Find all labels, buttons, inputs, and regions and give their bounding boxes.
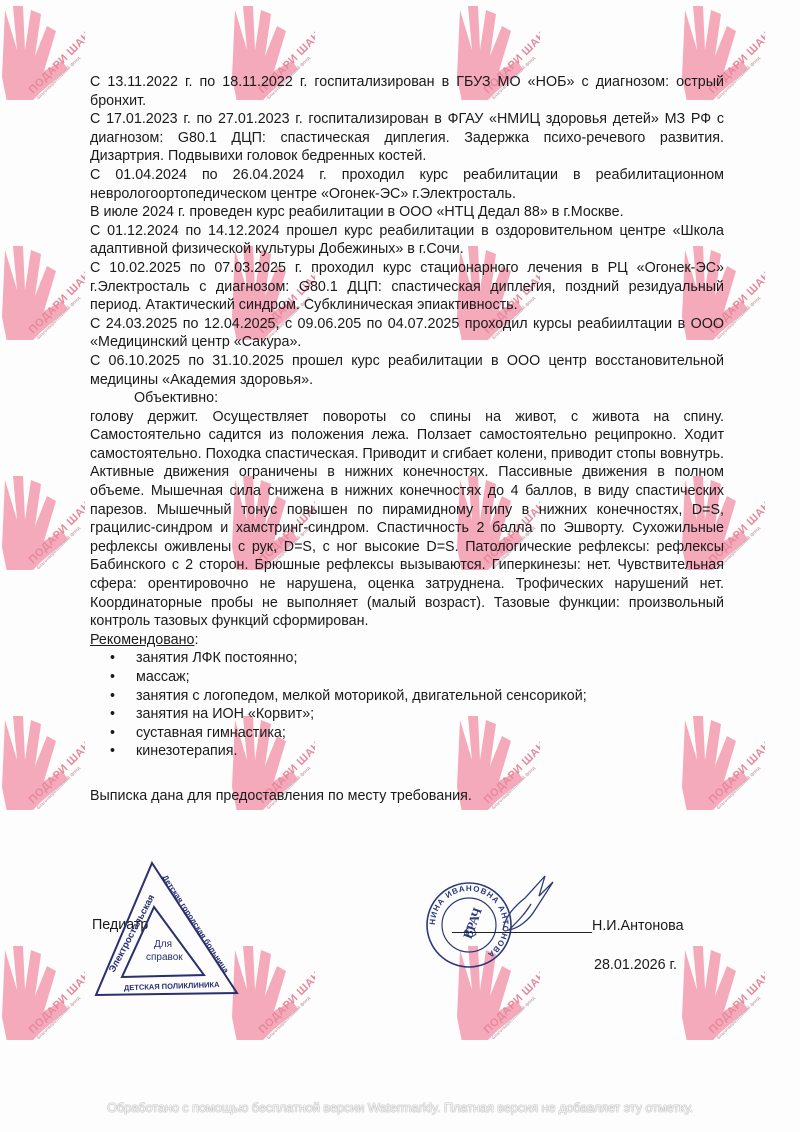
- recommendation-item: занятия с логопедом, мелкой моторикой, д…: [136, 687, 724, 706]
- history-entry: В июле 2024 г. проведен курс реабилитаци…: [90, 203, 724, 222]
- signature-line: [452, 932, 592, 933]
- recommendations-title: Рекомендовано: [90, 632, 194, 648]
- recommendations-colon: :: [194, 632, 198, 648]
- svg-text:благотворительный фонд: благотворительный фонд: [35, 524, 81, 570]
- history-entry: С 01.12.2024 по 14.12.2024 прошел курс р…: [90, 222, 724, 259]
- recommendations-heading: Рекомендовано:: [90, 631, 724, 650]
- watermarkly-notice: Обработано с помощью бесплатной версии W…: [0, 1100, 800, 1115]
- signature-scribble: [495, 868, 565, 938]
- svg-text:ПОДАРИ ШАНС: ПОДАРИ ШАНС: [27, 733, 85, 806]
- history-entry: С 10.02.2025 по 07.03.2025 г. проходил к…: [90, 259, 724, 315]
- objective-text: голову держит. Осуществляет повороты со …: [90, 408, 724, 631]
- svg-text:благотворительный фонд: благотворительный фонд: [35, 54, 81, 100]
- document-date: 28.01.2026 г.: [594, 957, 677, 973]
- svg-text:ПОДАРИ ШАНС: ПОДАРИ ШАНС: [27, 963, 85, 1036]
- doctor-name: Н.И.Антонова: [592, 918, 684, 934]
- recommendation-item: суставная гимнастика;: [136, 724, 724, 743]
- document-page: ПОДАРИ ШАНСблаготворительный фондПОДАРИ …: [0, 0, 800, 1132]
- objective-heading: Объективно:: [90, 389, 724, 408]
- history-entry: С 24.03.2025 по 12.04.2025, с 09.06.205 …: [90, 315, 724, 352]
- watermark-hand-icon: ПОДАРИ ШАНСблаготворительный фонд: [0, 230, 85, 340]
- svg-text:благотворительный фонд: благотворительный фонд: [715, 994, 761, 1040]
- recommendation-item: занятия на ИОН «Корвит»;: [136, 705, 724, 724]
- recommendation-item: кинезотерапия.: [136, 742, 724, 761]
- svg-text:благотворительный фонд: благотворительный фонд: [490, 994, 536, 1040]
- triangle-stamp: Электростальская Детская городская больн…: [92, 855, 242, 1000]
- svg-text:ПОДАРИ ШАНС: ПОДАРИ ШАНС: [27, 493, 85, 566]
- stamp-bottom-text: ДЕТСКАЯ ПОЛИКЛИНИКА: [124, 980, 220, 992]
- watermark-hand-icon: ПОДАРИ ШАНСблаготворительный фонд: [0, 930, 85, 1040]
- history-entry: С 01.04.2024 по 26.04.2024 г. проходил к…: [90, 166, 724, 203]
- treatment-history: С 13.11.2022 г. по 18.11.2022 г. госпита…: [90, 73, 724, 389]
- recommendations-list: занятия ЛФК постоянно; массаж; занятия с…: [90, 649, 724, 761]
- document-body: С 13.11.2022 г. по 18.11.2022 г. госпита…: [90, 73, 724, 806]
- svg-text:ПОДАРИ ШАНС: ПОДАРИ ШАНС: [27, 263, 85, 336]
- svg-text:ПОДАРИ ШАНС: ПОДАРИ ШАНС: [707, 963, 765, 1036]
- watermark-hand-icon: ПОДАРИ ШАНСблаготворительный фонд: [0, 700, 85, 810]
- stamp-center-line1: Для: [154, 939, 172, 950]
- svg-text:благотворительный фонд: благотворительный фонд: [265, 994, 311, 1040]
- svg-text:благотворительный фонд: благотворительный фонд: [35, 294, 81, 340]
- svg-text:благотворительный фонд: благотворительный фонд: [35, 764, 81, 810]
- history-entry: С 13.11.2022 г. по 18.11.2022 г. госпита…: [90, 73, 724, 110]
- history-entry: С 06.10.2025 по 31.10.2025 прошел курс р…: [90, 352, 724, 389]
- recommendation-item: массаж;: [136, 668, 724, 687]
- closing-statement: Выписка дана для предоставления по месту…: [90, 787, 724, 806]
- watermark-hand-icon: ПОДАРИ ШАНСблаготворительный фонд: [655, 930, 765, 1040]
- stamp-center-text: ВРАЧ: [460, 905, 485, 941]
- history-entry: С 17.01.2023 г. по 27.01.2023 г. госпита…: [90, 110, 724, 166]
- watermark-hand-icon: ПОДАРИ ШАНСблаготворительный фонд: [0, 0, 85, 100]
- svg-text:благотворительный фонд: благотворительный фонд: [35, 994, 81, 1040]
- watermark-hand-icon: ПОДАРИ ШАНСблаготворительный фонд: [0, 460, 85, 570]
- svg-text:ПОДАРИ ШАНС: ПОДАРИ ШАНС: [27, 23, 85, 96]
- recommendation-item: занятия ЛФК постоянно;: [136, 649, 724, 668]
- svg-text:ПОДАРИ ШАНС: ПОДАРИ ШАНС: [482, 963, 540, 1036]
- svg-text:ПОДАРИ ШАНС: ПОДАРИ ШАНС: [257, 963, 315, 1036]
- stamp-center-line2: справок: [146, 952, 183, 963]
